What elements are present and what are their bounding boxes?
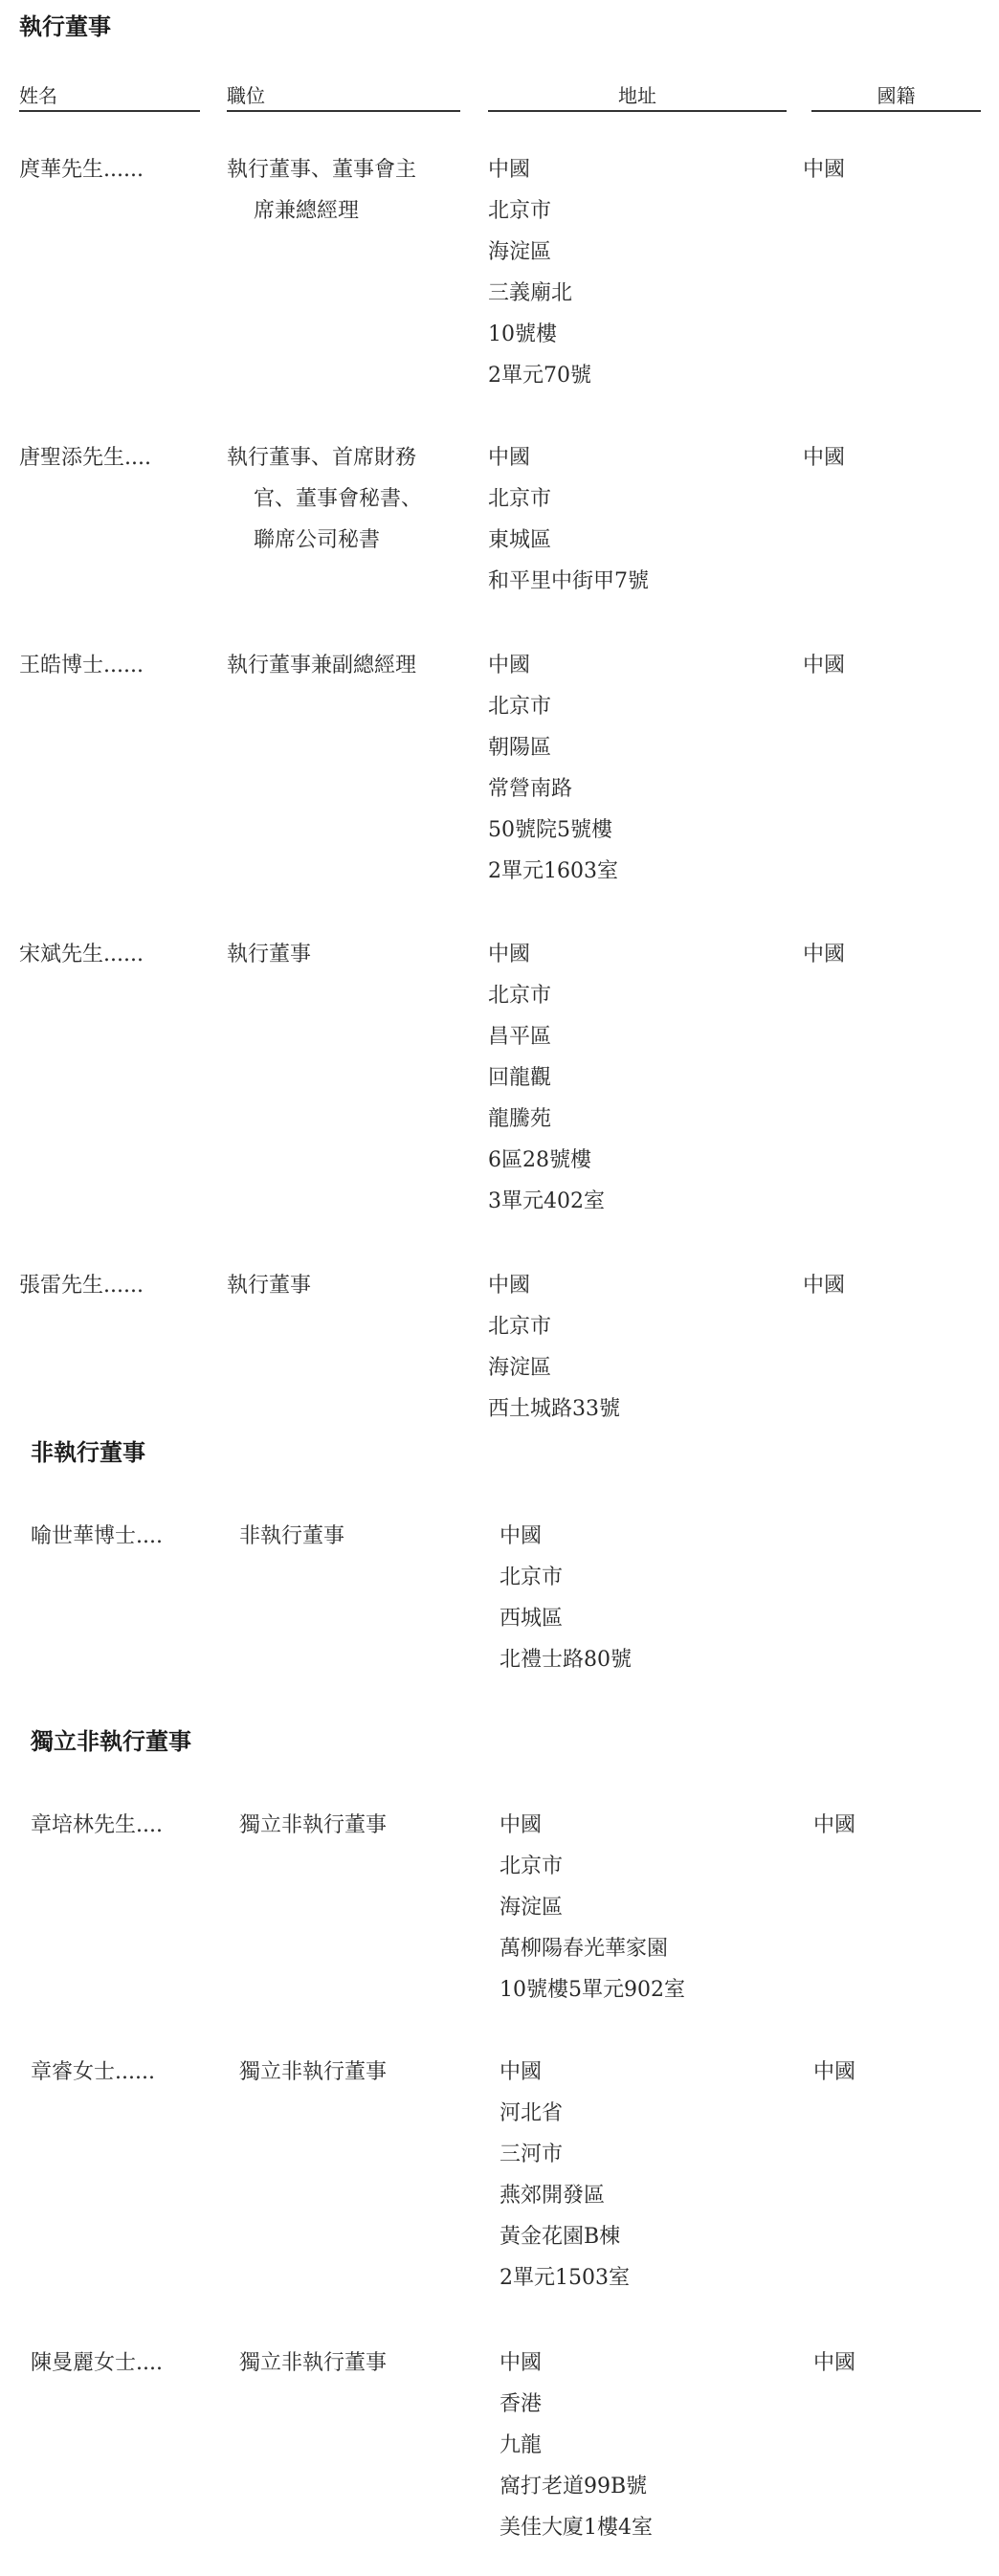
- address-line: 北京市: [488, 478, 649, 520]
- director-name: 張雷先生......: [19, 1265, 144, 1306]
- address-line: 中國: [488, 149, 591, 190]
- column-rule-position: [227, 110, 460, 112]
- column-header-position: 職位: [227, 83, 265, 108]
- director-address: 中國北京市海淀區萬柳陽春光華家園10號樓5單元902室: [499, 1805, 685, 2010]
- address-line: 中國: [488, 1265, 620, 1306]
- column-header-nationality: 國籍: [811, 83, 981, 108]
- position-line: 執行董事: [227, 1265, 311, 1306]
- address-line: 中國: [499, 2343, 653, 2384]
- director-name: 庹華先生......: [19, 149, 144, 190]
- section-title-non-executive: 非執行董事: [31, 1438, 145, 1467]
- director-position: 獨立非執行董事: [239, 2052, 387, 2093]
- address-line: 三河市: [499, 2134, 630, 2175]
- address-line: 九龍: [499, 2425, 653, 2466]
- address-line: 中國: [488, 437, 649, 478]
- director-nationality: 中國: [803, 437, 845, 478]
- director-name: 唐聖添先生....: [19, 437, 151, 478]
- address-line: 北京市: [499, 1557, 632, 1598]
- director-address: 中國北京市海淀區西土城路33號: [488, 1265, 620, 1430]
- director-address: 中國北京市東城區和平里中街甲7號: [488, 437, 649, 602]
- address-line: 龍騰苑: [488, 1099, 605, 1140]
- director-address: 中國北京市海淀區三義廟北10號樓2單元70號: [488, 149, 591, 396]
- column-rule-address: [488, 110, 787, 112]
- director-name: 宋斌先生......: [19, 934, 144, 975]
- director-position: 執行董事兼副總經理: [227, 645, 416, 686]
- director-nationality: 中國: [803, 149, 845, 190]
- director-address: 中國香港九龍窩打老道99B號美佳大廈1樓4室: [499, 2343, 653, 2548]
- director-position: 獨立非執行董事: [239, 2343, 387, 2384]
- position-line: 執行董事、董事會主: [227, 149, 416, 190]
- director-position: 獨立非執行董事: [239, 1805, 387, 1846]
- director-name: 章培林先生....: [31, 1805, 163, 1846]
- address-line: 北京市: [488, 686, 618, 727]
- address-line: 北京市: [488, 975, 605, 1016]
- position-line: 席兼總經理: [227, 190, 416, 232]
- address-line: 香港: [499, 2384, 653, 2425]
- column-header-address: 地址: [488, 83, 787, 108]
- address-line: 東城區: [488, 520, 649, 561]
- position-line: 執行董事: [227, 934, 311, 975]
- address-line: 北京市: [488, 1306, 620, 1347]
- director-address: 中國北京市昌平區回龍觀龍騰苑6區28號樓3單元402室: [488, 934, 605, 1222]
- director-address: 中國河北省三河市燕郊開發區黃金花園B棟2單元1503室: [499, 2052, 630, 2298]
- address-line: 2單元1603室: [488, 851, 618, 892]
- address-line: 北禮士路80號: [499, 1639, 632, 1680]
- address-line: 2單元1503室: [499, 2257, 630, 2298]
- address-line: 河北省: [499, 2093, 630, 2134]
- position-line: 執行董事、首席財務: [227, 437, 422, 478]
- position-line: 獨立非執行董事: [239, 2343, 387, 2384]
- address-line: 3單元402室: [488, 1181, 605, 1222]
- section-title-executive: 執行董事: [19, 12, 111, 41]
- address-line: 10號樓: [488, 314, 591, 355]
- address-line: 回龍觀: [488, 1057, 605, 1099]
- address-line: 西土城路33號: [488, 1388, 620, 1430]
- director-nationality: 中國: [803, 1265, 845, 1306]
- address-line: 萬柳陽春光華家園: [499, 1928, 685, 1969]
- director-position: 執行董事、董事會主席兼總經理: [227, 149, 416, 232]
- position-line: 非執行董事: [239, 1516, 344, 1557]
- director-name: 陳曼麗女士....: [31, 2343, 163, 2384]
- section-title-independent: 獨立非執行董事: [31, 1727, 191, 1756]
- address-line: 海淀區: [488, 232, 591, 273]
- address-line: 中國: [499, 1516, 632, 1557]
- director-nationality: 中國: [813, 2052, 855, 2093]
- director-nationality: 中國: [803, 934, 845, 975]
- address-line: 常營南路: [488, 768, 618, 810]
- director-position: 執行董事: [227, 1265, 311, 1306]
- position-line: 聯席公司秘書: [227, 520, 422, 561]
- address-line: 6區28號樓: [488, 1140, 605, 1181]
- director-name: 喻世華博士....: [31, 1516, 163, 1557]
- address-line: 中國: [499, 1805, 685, 1846]
- column-header-name: 姓名: [19, 83, 57, 108]
- director-nationality: 中國: [813, 1805, 855, 1846]
- address-line: 三義廟北: [488, 273, 591, 314]
- director-position: 執行董事、首席財務官、董事會秘書、聯席公司秘書: [227, 437, 422, 561]
- address-line: 海淀區: [488, 1347, 620, 1388]
- director-address: 中國北京市朝陽區常營南路50號院5號樓2單元1603室: [488, 645, 618, 892]
- address-line: 燕郊開發區: [499, 2175, 630, 2216]
- address-line: 美佳大廈1樓4室: [499, 2507, 653, 2548]
- address-line: 50號院5號樓: [488, 810, 618, 851]
- address-line: 西城區: [499, 1598, 632, 1639]
- director-nationality: 中國: [813, 2343, 855, 2384]
- position-line: 獨立非執行董事: [239, 1805, 387, 1846]
- director-position: 執行董事: [227, 934, 311, 975]
- position-line: 官、董事會秘書、: [227, 478, 422, 520]
- director-nationality: 中國: [803, 645, 845, 686]
- column-rule-name: [19, 110, 200, 112]
- address-line: 中國: [488, 934, 605, 975]
- address-line: 10號樓5單元902室: [499, 1969, 685, 2010]
- address-line: 朝陽區: [488, 727, 618, 768]
- address-line: 中國: [499, 2052, 630, 2093]
- director-address: 中國北京市西城區北禮士路80號: [499, 1516, 632, 1680]
- position-line: 獨立非執行董事: [239, 2052, 387, 2093]
- address-line: 和平里中街甲7號: [488, 561, 649, 602]
- position-line: 執行董事兼副總經理: [227, 645, 416, 686]
- director-position: 非執行董事: [239, 1516, 344, 1557]
- address-line: 北京市: [499, 1846, 685, 1887]
- column-rule-nationality: [811, 110, 981, 112]
- address-line: 昌平區: [488, 1016, 605, 1057]
- director-name: 章睿女士......: [31, 2052, 155, 2093]
- address-line: 中國: [488, 645, 618, 686]
- address-line: 窩打老道99B號: [499, 2466, 653, 2507]
- address-line: 黃金花園B棟: [499, 2216, 630, 2257]
- address-line: 北京市: [488, 190, 591, 232]
- address-line: 海淀區: [499, 1887, 685, 1928]
- director-name: 王皓博士......: [19, 645, 144, 686]
- address-line: 2單元70號: [488, 355, 591, 396]
